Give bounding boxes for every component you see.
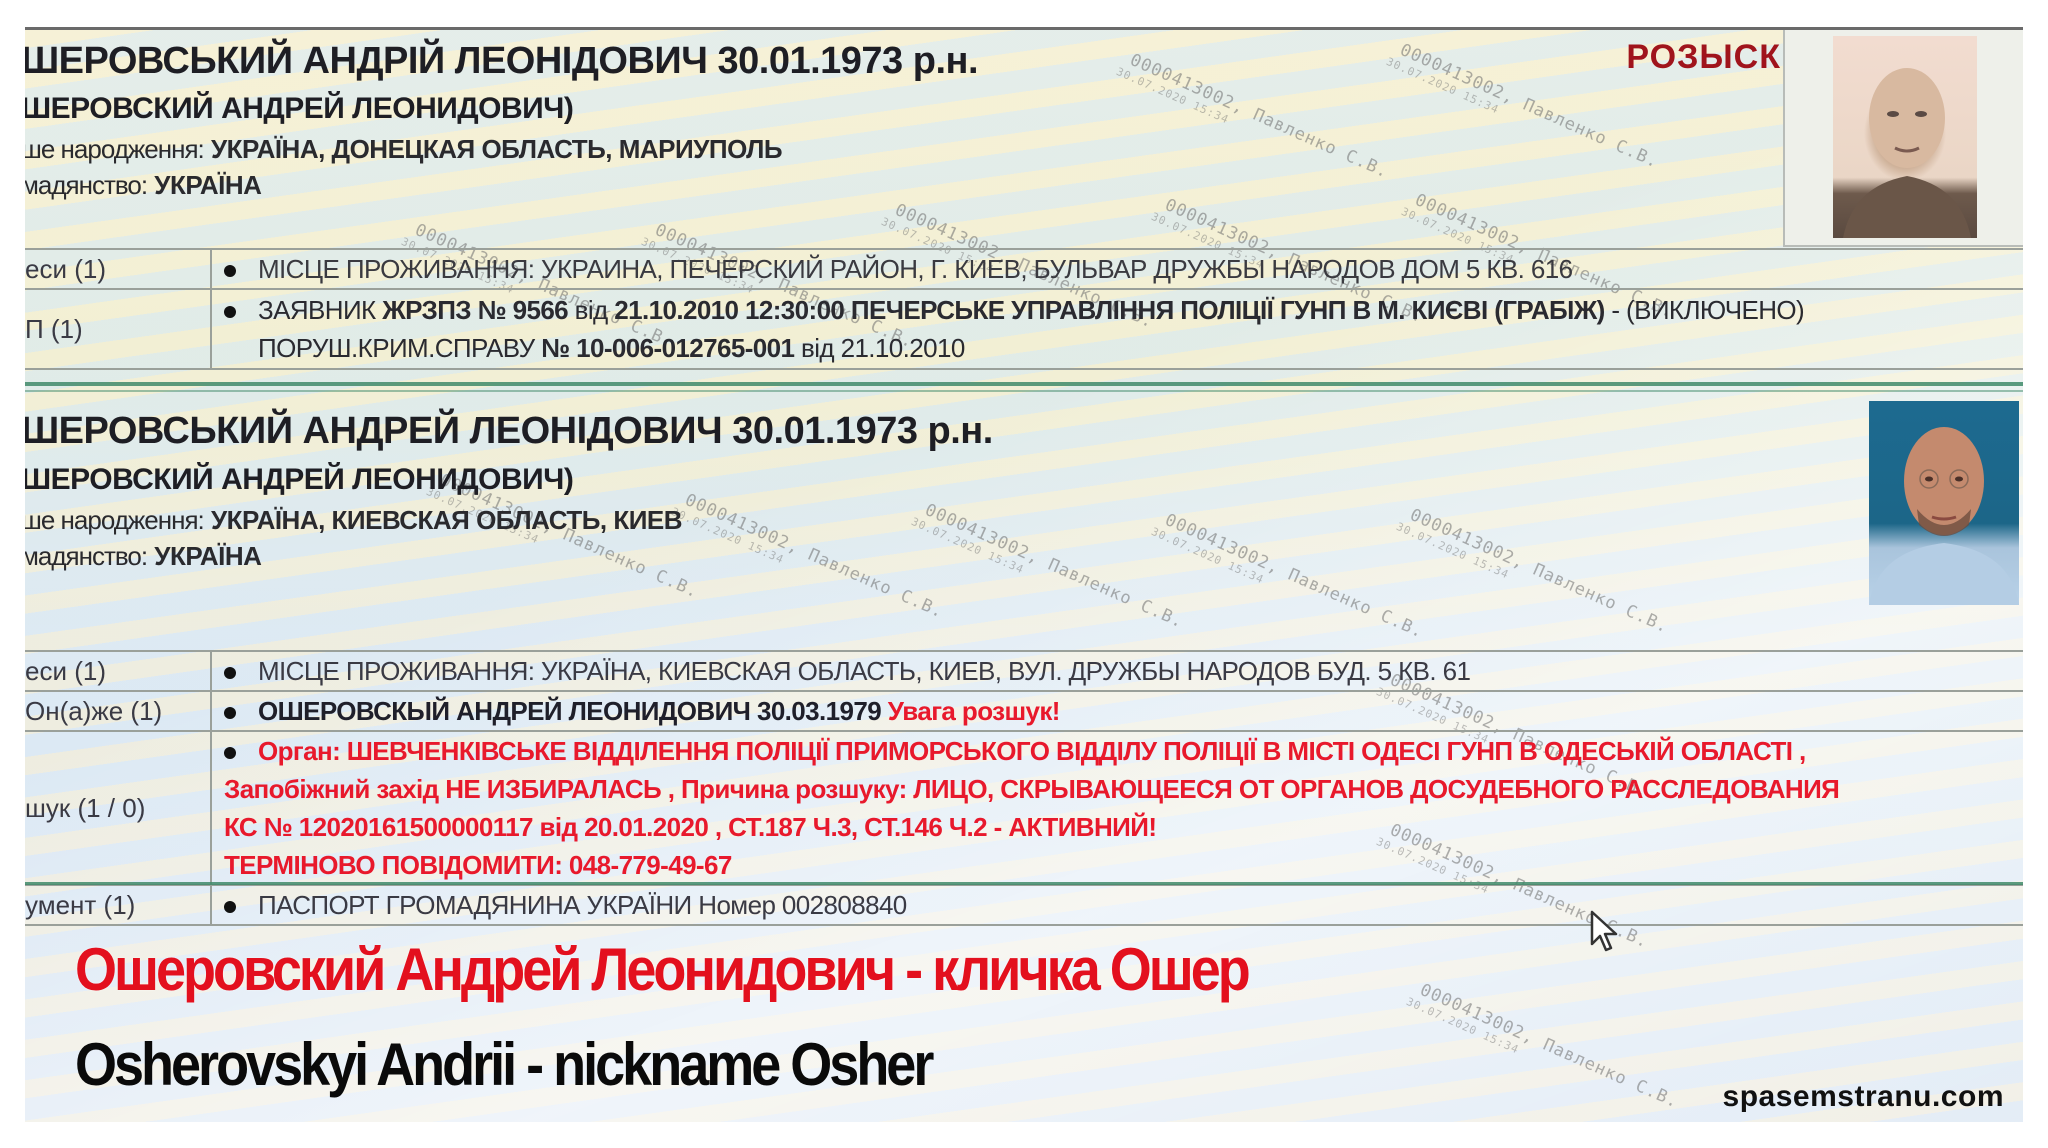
bullet-icon: [224, 747, 236, 759]
record-2: ШЕРОВСЬКИЙ АНДРЕЙ ЛЕОНІДОВИЧ 30.01.1973 …: [25, 385, 2023, 890]
watermark-stamp: 0000413002, Павленко С.В.30.07.2020 15:3…: [1412, 980, 1682, 1122]
table-row: умент (1) ПАСПОРТ ГРОМАДЯНИНА УКРАЇНИ Но…: [25, 885, 2023, 925]
caption-russian: Ошеровский Андрей Леонидович - кличка Ош…: [75, 935, 1248, 1004]
bullet-icon: [224, 707, 236, 719]
caption-english: Osherovskyi Andrii - nickname Osher: [75, 1030, 931, 1099]
person-portrait-icon: [1869, 401, 2019, 605]
table-row: еси (1) МІСЦЕ ПРОЖИВАННЯ: УКРАИНА, ПЕЧЕР…: [25, 249, 2023, 289]
wanted-alert: Увага розшук!: [888, 696, 1060, 726]
site-watermark: spasemstranu.com: [1723, 1080, 2004, 1114]
record-2-title: ШЕРОВСЬКИЙ АНДРЕЙ ЛЕОНІДОВИЧ 30.01.1973 …: [25, 410, 993, 453]
record-2-photo[interactable]: [1869, 401, 2019, 605]
list-item: МІСЦЕ ПРОЖИВАННЯ: УКРАИНА, ПЕЧЕРСКИЙ РАЙ…: [224, 250, 2023, 288]
list-item: ПАСПОРТ ГРОМАДЯНИНА УКРАЇНИ Номер 002808…: [224, 886, 2023, 924]
row-label: П (1): [25, 289, 211, 369]
table-row: еси (1) МІСЦЕ ПРОЖИВАННЯ: УКРАЇНА, КИЕВС…: [25, 651, 2023, 691]
record-2-birthplace: ше народження: УКРАЇНА, КИЕВСКАЯ ОБЛАСТЬ…: [25, 505, 682, 536]
bullet-icon: [224, 667, 236, 679]
row-label: Он(а)же (1): [25, 691, 211, 731]
record-2-photo-frame: [1863, 395, 2023, 610]
record-1-photo[interactable]: [1833, 36, 1977, 238]
list-item: ЗАЯВНИК ЖРЗПЗ № 9566 від 21.10.2010 12:3…: [224, 291, 2023, 329]
list-item: Орган: ШЕВЧЕНКІВСЬКЕ ВІДДІЛЕННЯ ПОЛІЦІЇ …: [224, 732, 2023, 770]
record-1-citizenship: мадянство: УКРАЇНА: [25, 170, 261, 201]
table-row: П (1) ЗАЯВНИК ЖРЗПЗ № 9566 від 21.10.201…: [25, 289, 2023, 369]
bullet-icon: [224, 901, 236, 913]
record-2-alt-name: ШЕРОВСКИЙ АНДРЕЙ ЛЕОНИДОВИЧ): [25, 463, 573, 497]
bullet-icon: [224, 265, 236, 277]
bullet-icon: [224, 306, 236, 318]
row-label: шук (1 / 0): [25, 731, 211, 885]
table-row: Он(а)же (1) ОШЕРОВСКЫЙ АНДРЕЙ ЛЕОНИДОВИЧ…: [25, 691, 2023, 731]
record-1-photo-frame: [1783, 30, 2023, 247]
record-1-alt-name: ШЕРОВСКИЙ АНДРЕЙ ЛЕОНИДОВИЧ): [25, 92, 573, 126]
record-1-title: ШЕРОВСЬКИЙ АНДРІЙ ЛЕОНІДОВИЧ 30.01.1973 …: [25, 40, 978, 83]
record-1-table: еси (1) МІСЦЕ ПРОЖИВАННЯ: УКРАИНА, ПЕЧЕР…: [25, 248, 2023, 370]
wanted-badge: РОЗЫСК: [1626, 38, 1781, 77]
row-label: еси (1): [25, 651, 211, 691]
record-1-birthplace: ше народження: УКРАЇНА, ДОНЕЦКАЯ ОБЛАСТЬ…: [25, 134, 782, 165]
person-portrait-icon: [1833, 36, 1977, 238]
list-item: МІСЦЕ ПРОЖИВАННЯ: УКРАЇНА, КИЕВСКАЯ ОБЛА…: [224, 652, 2023, 690]
table-row: шук (1 / 0) Орган: ШЕВЧЕНКІВСЬКЕ ВІДДІЛЕ…: [25, 731, 2023, 885]
record-divider: [25, 882, 2023, 885]
list-item: ОШЕРОВСКЫЙ АНДРЕЙ ЛЕОНИДОВИЧ 30.03.1979 …: [224, 692, 2023, 730]
row-label: еси (1): [25, 249, 211, 289]
row-label: умент (1): [25, 885, 211, 925]
record-1: ШЕРОВСЬКИЙ АНДРІЙ ЛЕОНІДОВИЧ 30.01.1973 …: [25, 30, 2023, 385]
record-2-citizenship: мадянство: УКРАЇНА: [25, 541, 261, 572]
